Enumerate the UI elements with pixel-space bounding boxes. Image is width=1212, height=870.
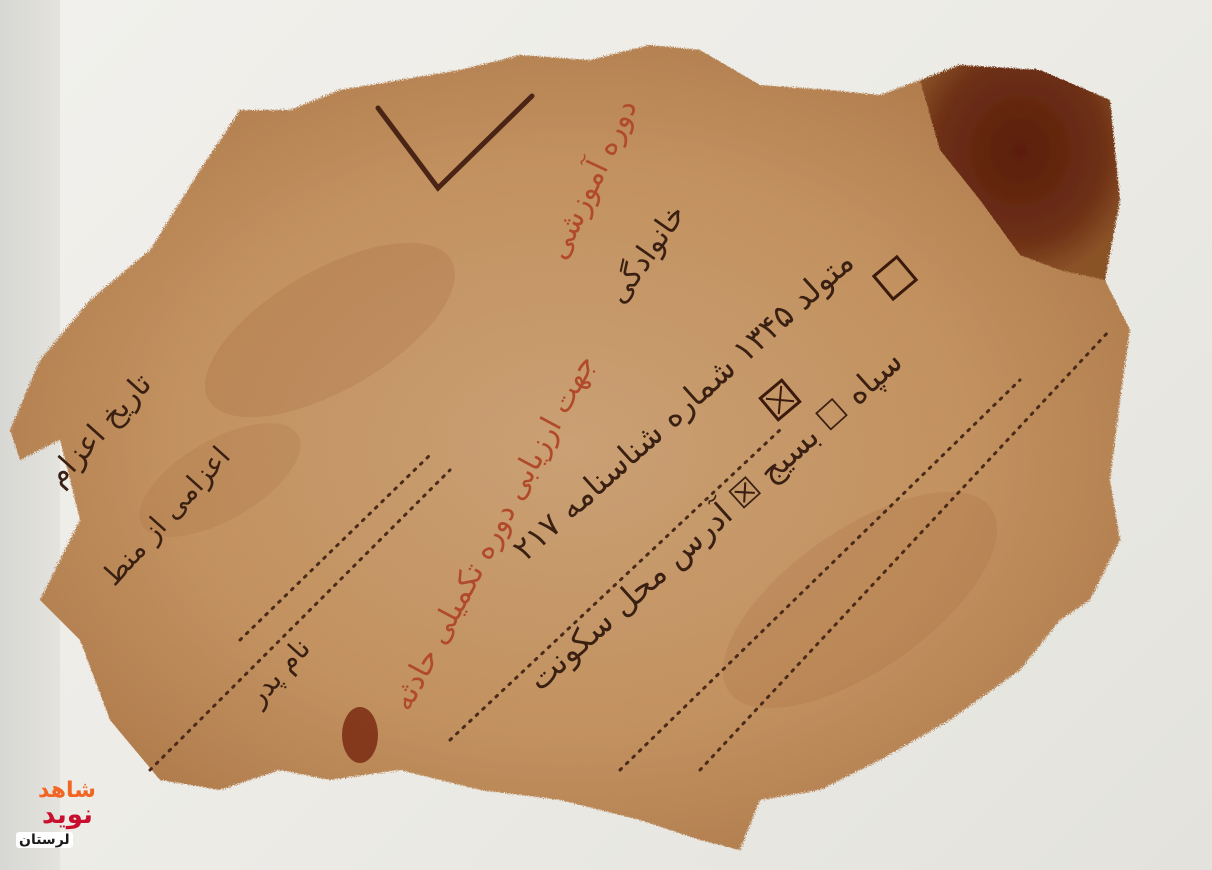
watermark-lorestan: لرستان — [16, 832, 73, 848]
watermark-logo: شاهد نوید لرستان — [8, 778, 128, 858]
watermark-navid: نوید — [42, 800, 93, 830]
paper-fragment — [0, 0, 1212, 870]
